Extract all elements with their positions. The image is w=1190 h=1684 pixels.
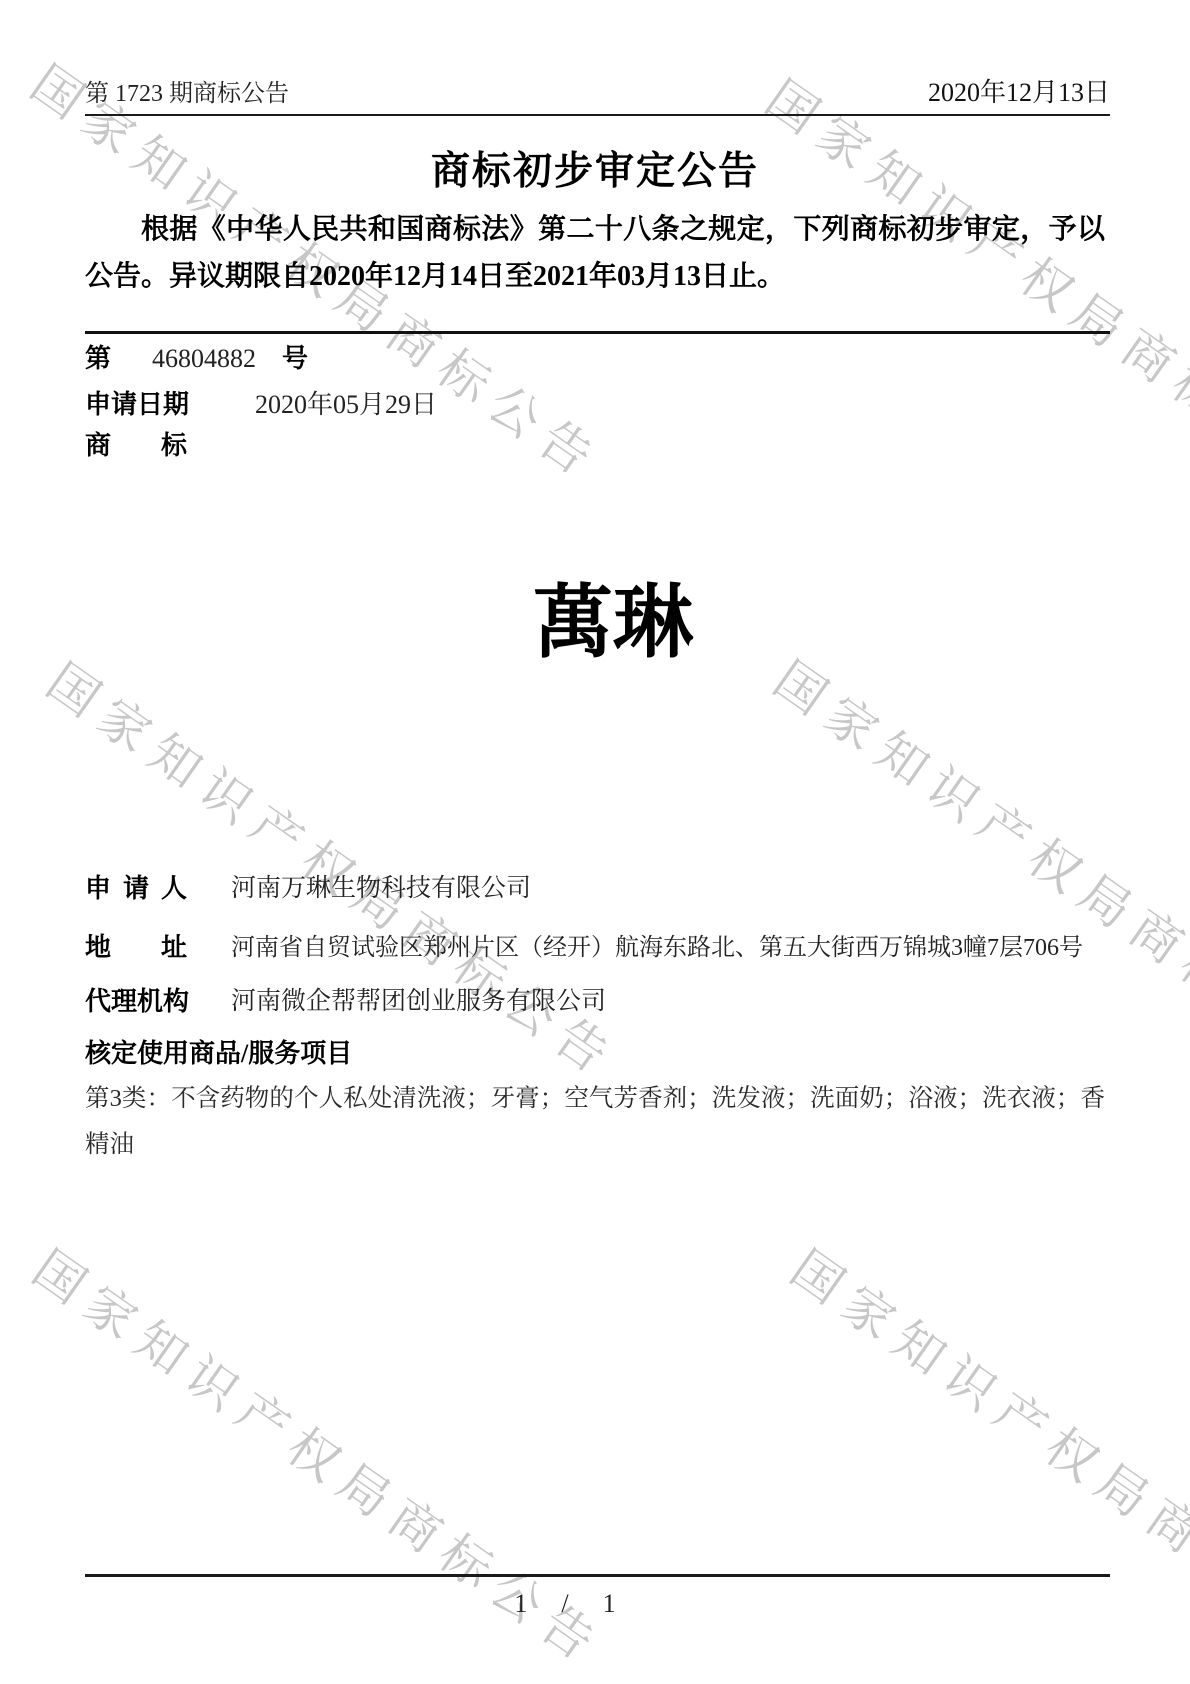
- number-prefix: 第: [85, 344, 111, 373]
- footer-divider: [85, 1574, 1110, 1577]
- current-page: 1: [514, 1589, 527, 1619]
- gazette-date: 2020年12月13日: [928, 72, 1110, 109]
- watermark-text: 国家知识产权局商标公告: [762, 641, 1190, 1091]
- notice-body: 根据《中华人民共和国商标法》第二十八条之规定，下列商标初步审定，予以公告。异议期…: [85, 206, 1105, 300]
- agency-value: 河南微企帮帮团创业服务有限公司: [231, 987, 606, 1017]
- trademark-label: 商标: [85, 431, 187, 461]
- watermark-text: 国家知识产权局商标公告: [35, 643, 635, 1093]
- trademark-image-text: 萬琳: [103, 578, 1123, 668]
- address-row: 地址河南省自贸试验区郑州片区（经开）航海东路北、第五大街西万锦城3幢7层706号: [85, 933, 1145, 963]
- header-divider: [85, 114, 1110, 116]
- registration-number-row: 第46804882号: [85, 344, 1145, 375]
- application-date-value: 2020年05月29日: [255, 390, 437, 420]
- applicant-value: 河南万琳生物科技有限公司: [231, 874, 531, 904]
- application-date-row: 申请日期2020年05月29日: [85, 390, 1145, 420]
- address-label: 地址: [85, 933, 187, 963]
- notice-title: 商标初步审定公告: [85, 140, 1105, 196]
- agency-label: 代理机构: [85, 987, 187, 1017]
- goods-services-header: 核定使用商品/服务项目: [85, 1033, 352, 1070]
- page-separator: /: [561, 1589, 568, 1619]
- total-pages: 1: [603, 1589, 616, 1619]
- page-header: 第 1723 期商标公告 2020年12月13日: [85, 72, 1110, 109]
- applicant-row: 申请人河南万琳生物科技有限公司: [85, 874, 1145, 904]
- agency-row: 代理机构河南微企帮帮团创业服务有限公司: [85, 987, 1145, 1017]
- page-number: 1 / 1: [55, 1589, 1075, 1619]
- trademark-label-row: 商标: [85, 431, 1145, 461]
- number-suffix: 号: [282, 344, 308, 373]
- gazette-page: 国家知识产权局商标公告 国家知识产权局商标公告 国家知识产权局商标公告 国家知识…: [0, 0, 1190, 1684]
- registration-number: 46804882: [152, 344, 256, 373]
- gazette-issue-label: 第 1723 期商标公告: [85, 73, 289, 108]
- section-divider: [85, 331, 1110, 334]
- goods-services-list: 第3类：不含药物的个人私处清洗液；牙膏；空气芳香剂；洗发液；洗面奶；浴液；洗衣液…: [85, 1076, 1105, 1168]
- applicant-label: 申请人: [85, 874, 187, 904]
- application-date-label: 申请日期: [85, 390, 187, 420]
- address-value: 河南省自贸试验区郑州片区（经开）航海东路北、第五大街西万锦城3幢7层706号: [231, 933, 1083, 963]
